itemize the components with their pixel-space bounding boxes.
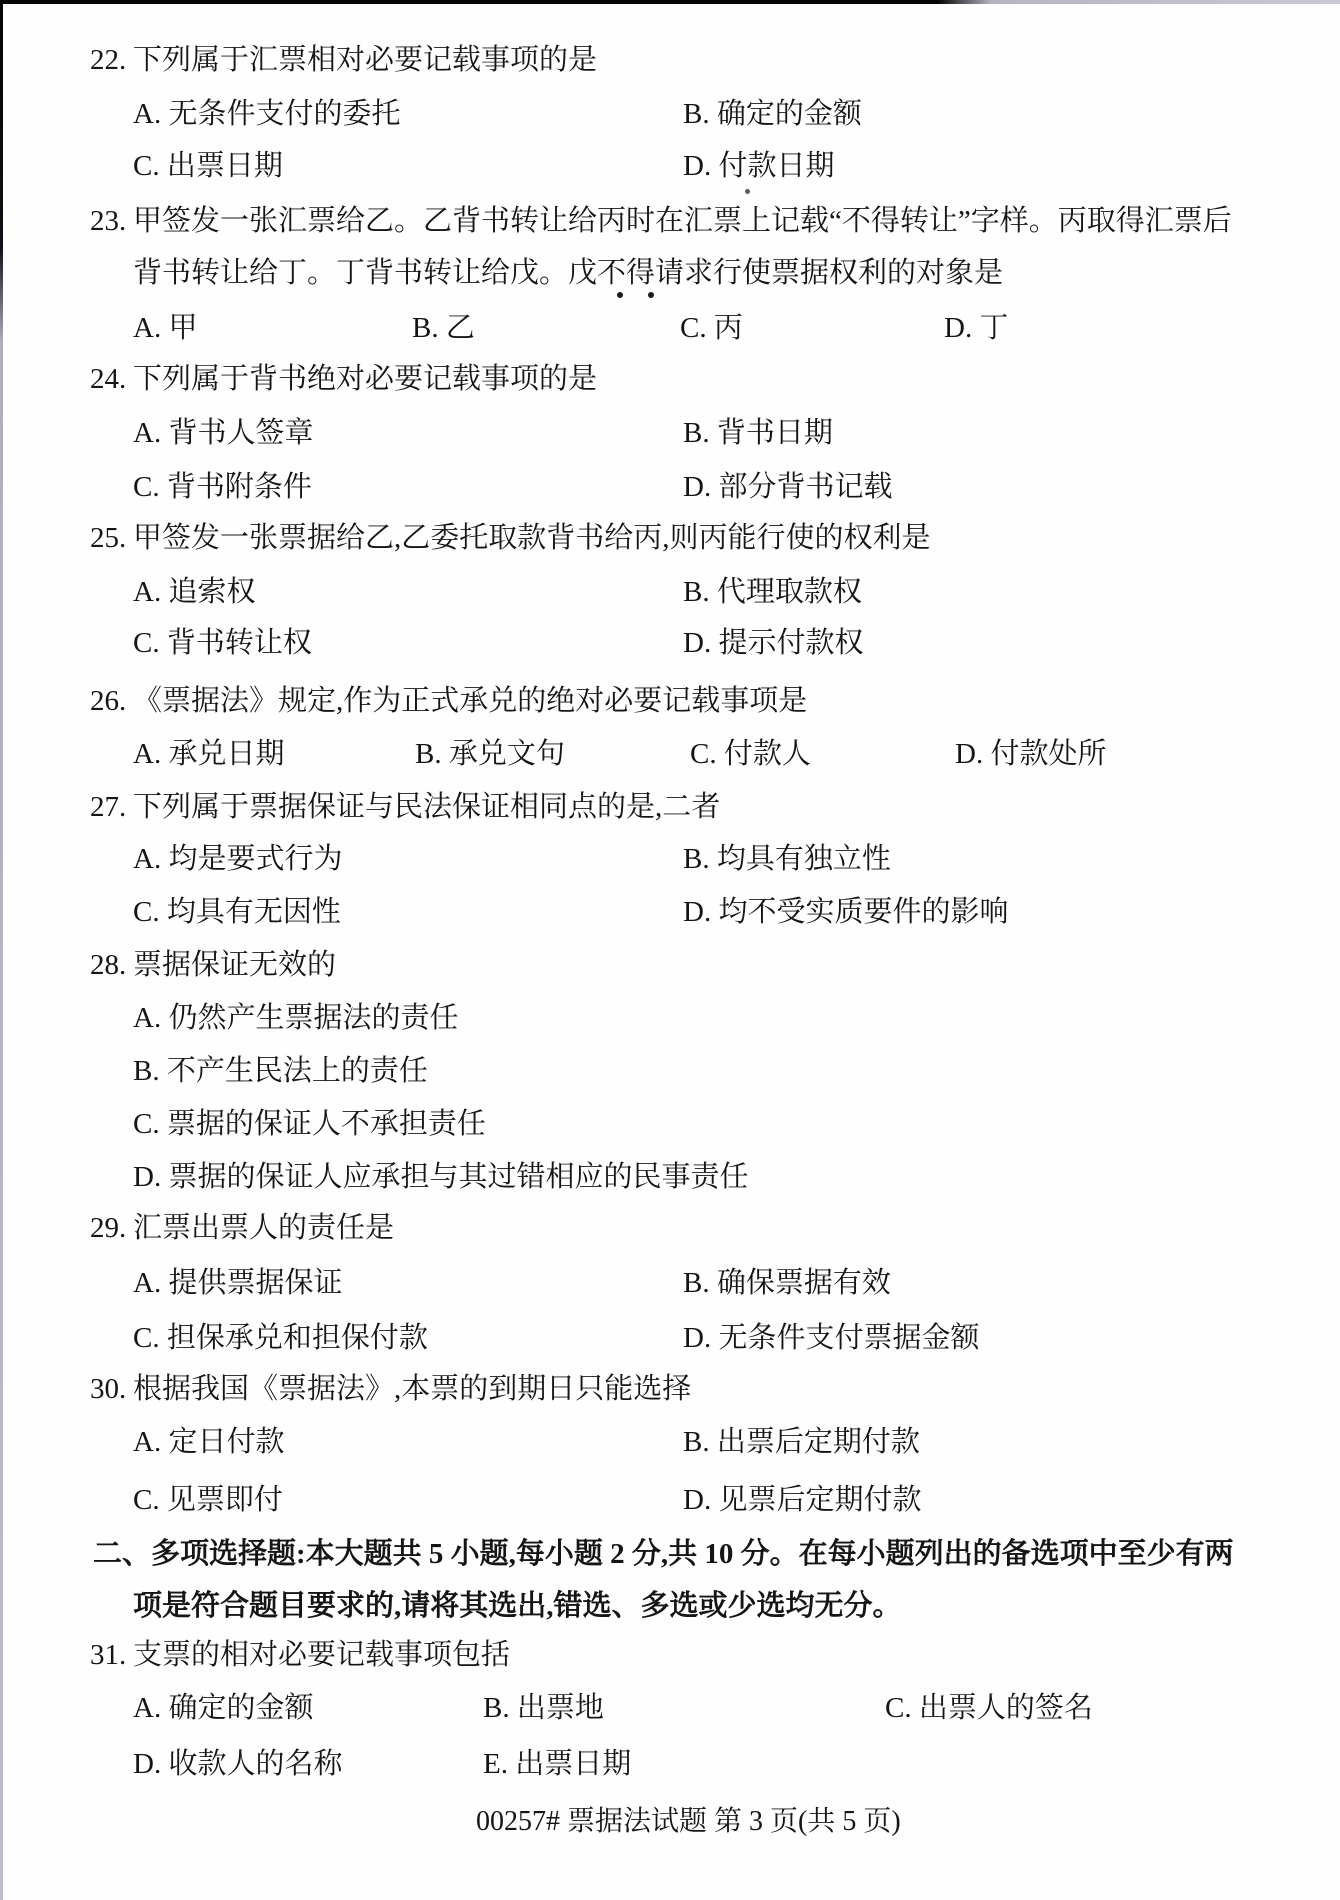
question-24-option-d: D. 部分背书记载: [683, 471, 892, 503]
exam-page: 22. 下列属于汇票相对必要记载事项的是 A. 无条件支付的委托 B. 确定的金…: [0, 0, 1340, 1900]
question-22-option-d: D. 付款日期: [683, 150, 834, 182]
question-27-option-c: C. 均具有无因性: [133, 896, 341, 928]
question-24-option-b: B. 背书日期: [683, 417, 833, 449]
question-27-stem: 下列属于票据保证与民法保证相同点的是,二者: [133, 791, 720, 823]
question-23-option-d: D. 丁: [944, 312, 1008, 344]
emphasis-dot: [617, 292, 623, 298]
question-23-stem-line-1: 甲签发一张汇票给乙。乙背书转让给丙时在汇票上记载“不得转让”字样。丙取得汇票后: [133, 205, 1232, 237]
question-29-stem: 汇票出票人的责任是: [133, 1212, 394, 1244]
question-26-option-d: D. 付款处所: [955, 738, 1106, 770]
question-30-option-c: C. 见票即付: [133, 1484, 283, 1516]
page-footer: 00257# 票据法试题 第 3 页(共 5 页): [476, 1806, 901, 1838]
question-23-option-b: B. 乙: [412, 312, 475, 344]
question-31-option-b: B. 出票地: [483, 1692, 604, 1724]
emphasis-dot: [648, 292, 654, 298]
question-22-option-a: A. 无条件支付的委托: [133, 98, 400, 130]
question-26-option-c: C. 付款人: [690, 738, 811, 770]
question-28-option-b: B. 不产生民法上的责任: [133, 1055, 428, 1087]
question-26-number: 26.: [90, 685, 126, 717]
question-31-option-c: C. 出票人的签名: [885, 1692, 1093, 1724]
question-26-option-b: B. 承兑文句: [415, 738, 565, 770]
question-28-option-d: D. 票据的保证人应承担与其过错相应的民事责任: [133, 1161, 748, 1193]
question-25-option-c: C. 背书转让权: [133, 627, 312, 659]
question-29-option-a: A. 提供票据保证: [133, 1267, 342, 1299]
question-29-option-b: B. 确保票据有效: [683, 1267, 891, 1299]
question-26-option-a: A. 承兑日期: [133, 738, 284, 770]
print-artifact-dot: [745, 189, 750, 194]
question-31-option-a: A. 确定的金额: [133, 1692, 313, 1724]
question-24-option-c: C. 背书附条件: [133, 471, 312, 503]
question-23-option-a: A. 甲: [133, 312, 197, 344]
question-27-option-b: B. 均具有独立性: [683, 843, 891, 875]
question-31-option-d: D. 收款人的名称: [133, 1748, 342, 1780]
question-22-stem: 下列属于汇票相对必要记载事项的是: [133, 44, 597, 76]
question-30-number: 30.: [90, 1373, 126, 1405]
question-25-option-b: B. 代理取款权: [683, 576, 862, 608]
question-22-option-c: C. 出票日期: [133, 150, 283, 182]
question-28-option-a: A. 仍然产生票据法的责任: [133, 1002, 458, 1034]
question-22-option-b: B. 确定的金额: [683, 98, 862, 130]
question-25-number: 25.: [90, 522, 126, 554]
section-2-heading-line-2: 项是符合题目要求的,请将其选出,错选、多选或少选均无分。: [133, 1590, 902, 1622]
question-30-option-b: B. 出票后定期付款: [683, 1426, 920, 1458]
question-23-number: 23.: [90, 205, 126, 237]
question-30-option-d: D. 见票后定期付款: [683, 1484, 921, 1516]
question-23-option-c: C. 丙: [680, 312, 743, 344]
question-28-number: 28.: [90, 949, 126, 981]
question-29-option-d: D. 无条件支付票据金额: [683, 1322, 979, 1354]
question-24-number: 24.: [90, 363, 126, 395]
question-28-stem: 票据保证无效的: [133, 949, 336, 981]
question-29-number: 29.: [90, 1212, 126, 1244]
scan-edge-top: [0, 0, 1340, 4]
question-31-number: 31.: [90, 1639, 126, 1671]
question-22-number: 22.: [90, 44, 126, 76]
question-25-option-a: A. 追索权: [133, 576, 255, 608]
question-28-option-c: C. 票据的保证人不承担责任: [133, 1108, 486, 1140]
section-2-heading-line-1: 二、多项选择题:本大题共 5 小题,每小题 2 分,共 10 分。在每小题列出的…: [93, 1538, 1234, 1570]
question-27-option-d: D. 均不受实质要件的影响: [683, 896, 1008, 928]
question-30-stem: 根据我国《票据法》,本票的到期日只能选择: [133, 1373, 691, 1405]
question-23-stem-line-2: 背书转让给丁。丁背书转让给戊。戊不得请求行使票据权利的对象是: [133, 257, 1003, 289]
question-31-option-e: E. 出票日期: [483, 1748, 631, 1780]
question-24-option-a: A. 背书人签章: [133, 417, 313, 449]
question-27-number: 27.: [90, 791, 126, 823]
question-25-option-d: D. 提示付款权: [683, 627, 863, 659]
question-25-stem: 甲签发一张票据给乙,乙委托取款背书给丙,则丙能行使的权利是: [133, 522, 931, 554]
question-26-stem: 《票据法》规定,作为正式承兑的绝对必要记载事项是: [133, 685, 807, 717]
question-30-option-a: A. 定日付款: [133, 1426, 284, 1458]
question-31-stem: 支票的相对必要记载事项包括: [133, 1639, 510, 1671]
question-24-stem: 下列属于背书绝对必要记载事项的是: [133, 363, 597, 395]
scan-edge-left: [0, 0, 3, 1900]
question-29-option-c: C. 担保承兑和担保付款: [133, 1322, 428, 1354]
question-27-option-a: A. 均是要式行为: [133, 843, 342, 875]
